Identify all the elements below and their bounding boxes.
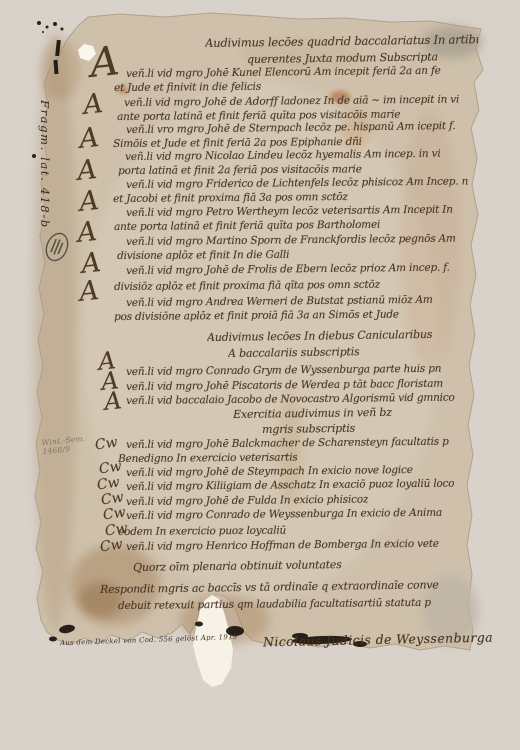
- margin-initial: A: [76, 218, 98, 247]
- manuscript-photo: Fragm. lat. 418-b Wint.-Sem. 1468/9 Aus …: [0, 0, 520, 750]
- manuscript-line: divisione aplōz et finit In die Galli: [117, 249, 289, 262]
- manuscript-line: querentes Juxta modum Subscripta: [247, 50, 438, 66]
- margin-initial: A: [78, 187, 100, 216]
- manuscript-line: A baccalariis subscriptis: [228, 345, 360, 360]
- manuscript-line: Benedigno In exercicio veterisartis: [118, 451, 298, 465]
- manuscript-line: Simōis et Jude et finit feriā 2a pos Epi…: [113, 136, 362, 150]
- manuscript-line: veñ.li vid mgro Johē de Fulda In exicio …: [126, 493, 368, 508]
- margin-initial: A: [80, 249, 102, 278]
- margin-paragraph-mark: Cw: [98, 459, 122, 476]
- margin-paragraph-mark: Cw: [99, 537, 123, 554]
- manuscript-line: et Jacobi et finit proxima fiā 3a pos om…: [113, 191, 348, 205]
- manuscript-line: eodem In exercicio puoz loycaliū: [118, 525, 286, 538]
- margin-initial: A: [78, 277, 100, 306]
- margin-initial: A: [76, 156, 98, 185]
- manuscript-line: pos divisiōne aplōz et finit proiā fiā 3…: [114, 309, 399, 323]
- manuscript-line: porta latinā et finit 2a feriā pos visit…: [118, 163, 362, 177]
- margin-initial: A: [103, 388, 123, 414]
- manuscript-line: ante porta latinā et finit feriā quīta p…: [114, 219, 380, 233]
- margin-initial: A: [82, 90, 104, 119]
- margin-paragraph-mark: Cw: [104, 521, 128, 538]
- margin-initial: A: [88, 41, 121, 84]
- margin-paragraph-mark: Cw: [94, 435, 118, 452]
- manuscript-line: mgris subscriptis: [262, 422, 355, 436]
- manuscript-line: divisiōz aplōz et finit proxima fiā qīta…: [114, 279, 380, 293]
- manuscript-line: et Jude et finivit in die felicis: [114, 81, 261, 94]
- margin-initial: A: [78, 124, 100, 153]
- shelfmark-label: Fragm. lat. 418-b: [38, 100, 52, 229]
- manuscript-line: Exercitia audivimus in veñ bz: [233, 406, 392, 421]
